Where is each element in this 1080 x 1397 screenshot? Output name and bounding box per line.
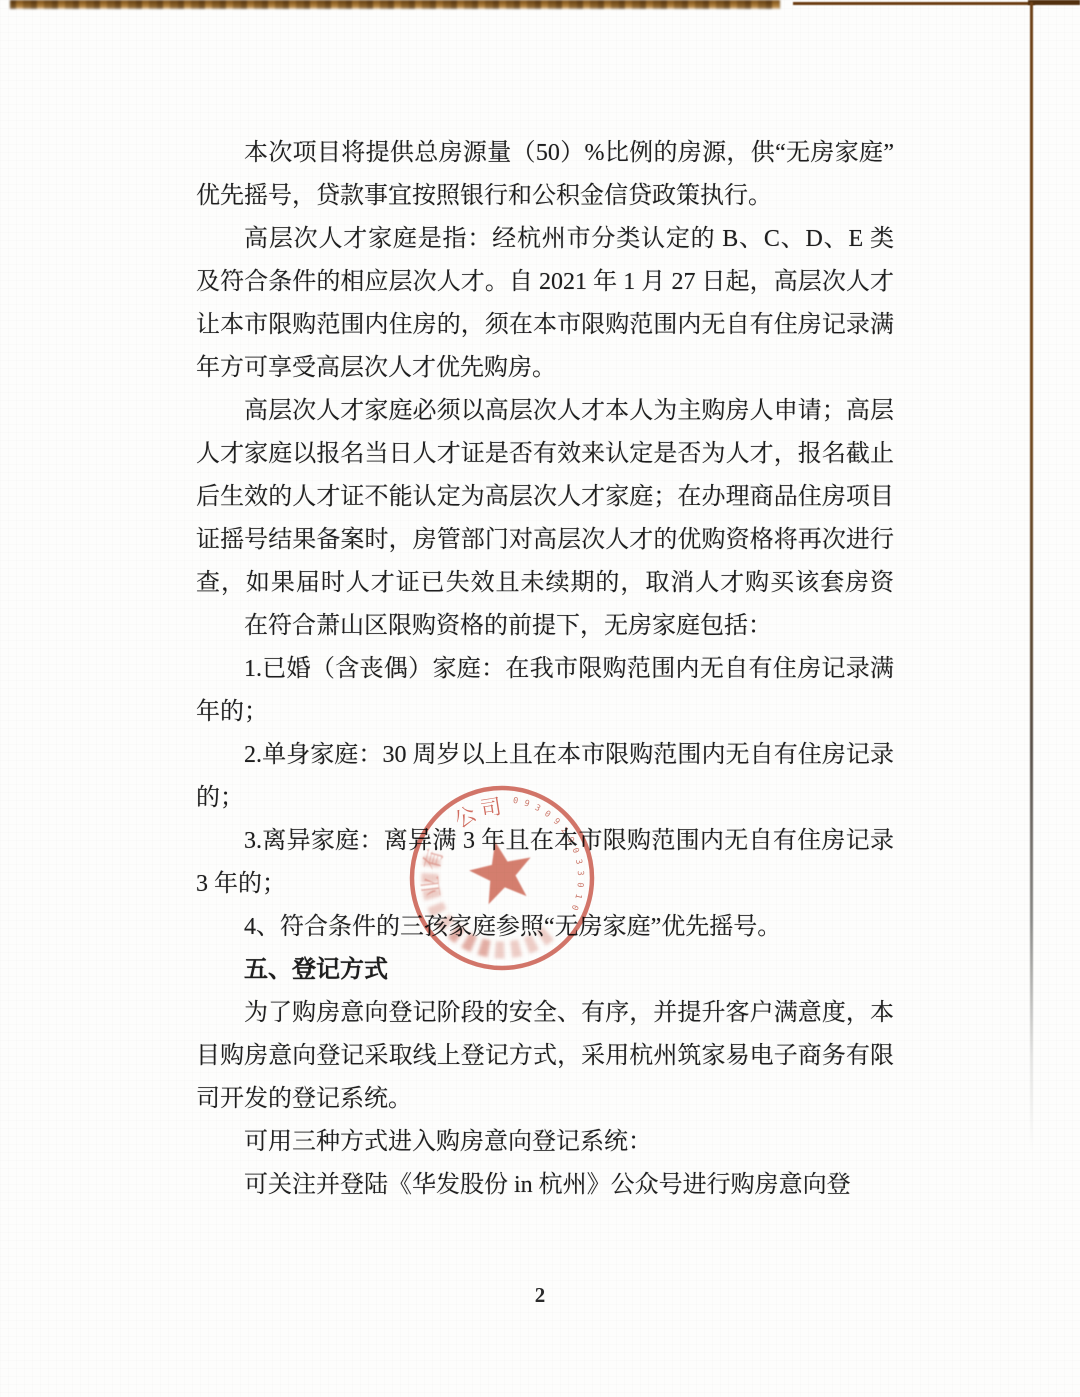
list-item-line: 1.已婚（含丧偶）家庭：在我市限购范围内无自有住房记录满 3 (196, 648, 894, 691)
svg-text:9: 9 (551, 817, 562, 828)
seal-graphic: 业有公司 0930920033010 (402, 778, 602, 978)
document-page: 本次项目将提供总房源量（50）%比例的房源，供“无房家庭” 优先摇号，贷款事宜按… (0, 0, 1080, 1397)
text-line: 让本市限购范围内住房的，须在本市限购范围内无自有住房记录满 3 (196, 304, 894, 347)
svg-text:0: 0 (569, 847, 580, 855)
text-line: 高层次人才家庭是指：经杭州市分类认定的 B、C、D、E 类人才 (196, 218, 894, 261)
text-line: 高层次人才家庭必须以高层次人才本人为主购房人申请；高层次 (196, 390, 894, 433)
scan-edge-top-corner (1028, 0, 1080, 5)
svg-text:2: 2 (558, 825, 569, 835)
svg-text:1: 1 (572, 893, 583, 900)
svg-text:司: 司 (479, 794, 503, 821)
star-icon (464, 835, 538, 906)
text-line: 为了购房意向登记阶段的安全、有序，并提升客户满意度，本项 (196, 992, 894, 1035)
svg-text:0: 0 (542, 809, 552, 820)
list-item-line: 2.单身家庭：30 周岁以上且在本市限购范围内无自有住房记录 (196, 734, 894, 777)
scan-edge-top-line (793, 2, 1035, 5)
text-line: 年方可享受高层次人才优先购房。 (196, 347, 894, 390)
scan-edge-top-fuzzy (10, 0, 780, 9)
text-line: 证摇号结果备案时，房管部门对高层次人才的优购资格将再次进行核 (196, 519, 894, 562)
svg-text:3: 3 (575, 870, 585, 876)
svg-text:9: 9 (523, 798, 531, 809)
text-line: 在符合萧山区限购资格的前提下，无房家庭包括： (196, 605, 894, 648)
svg-text:0: 0 (574, 882, 584, 888)
svg-text:0: 0 (512, 796, 519, 807)
text-line: 后生效的人才证不能认定为高层次人才家庭；在办理商品住房项目公 (196, 476, 894, 519)
text-line: 司开发的登记系统。 (196, 1078, 894, 1121)
svg-text:3: 3 (533, 803, 542, 814)
text-line: 人才家庭以报名当日人才证是否有效来认定是否为人才，报名截止日 (196, 433, 894, 476)
svg-text:公: 公 (450, 801, 480, 832)
text-line: 可关注并登陆《华发股份 in 杭州》公众号进行购房意向登记； (196, 1164, 894, 1207)
text-line: 本次项目将提供总房源量（50）%比例的房源，供“无房家庭” (196, 132, 894, 175)
svg-text:0: 0 (569, 903, 580, 911)
text-line: 可用三种方式进入购房意向登记系统： (196, 1121, 894, 1164)
text-line: 优先摇号，贷款事宜按照银行和公积金信贷政策执行。 (196, 175, 894, 218)
text-line: 查，如果届时人才证已失效且未续期的，取消人才购买该套房资格。 (196, 562, 894, 605)
document-body: 本次项目将提供总房源量（50）%比例的房源，供“无房家庭” 优先摇号，贷款事宜按… (196, 132, 894, 1207)
text-line: 及符合条件的相应层次人才。自 2021 年 1 月 27 日起，高层次人才转 (196, 261, 894, 304)
text-line: 目购房意向登记采取线上登记方式，采用杭州筑家易电子商务有限公 (196, 1035, 894, 1078)
svg-text:3: 3 (573, 858, 584, 865)
company-seal-stamp: 业有公司 0930920033010 (402, 778, 602, 978)
svg-text:0: 0 (565, 836, 576, 845)
text-line: 年的； (196, 691, 894, 734)
page-number: 2 (0, 1283, 1080, 1308)
scan-edge-right-line (1030, 2, 1033, 1150)
